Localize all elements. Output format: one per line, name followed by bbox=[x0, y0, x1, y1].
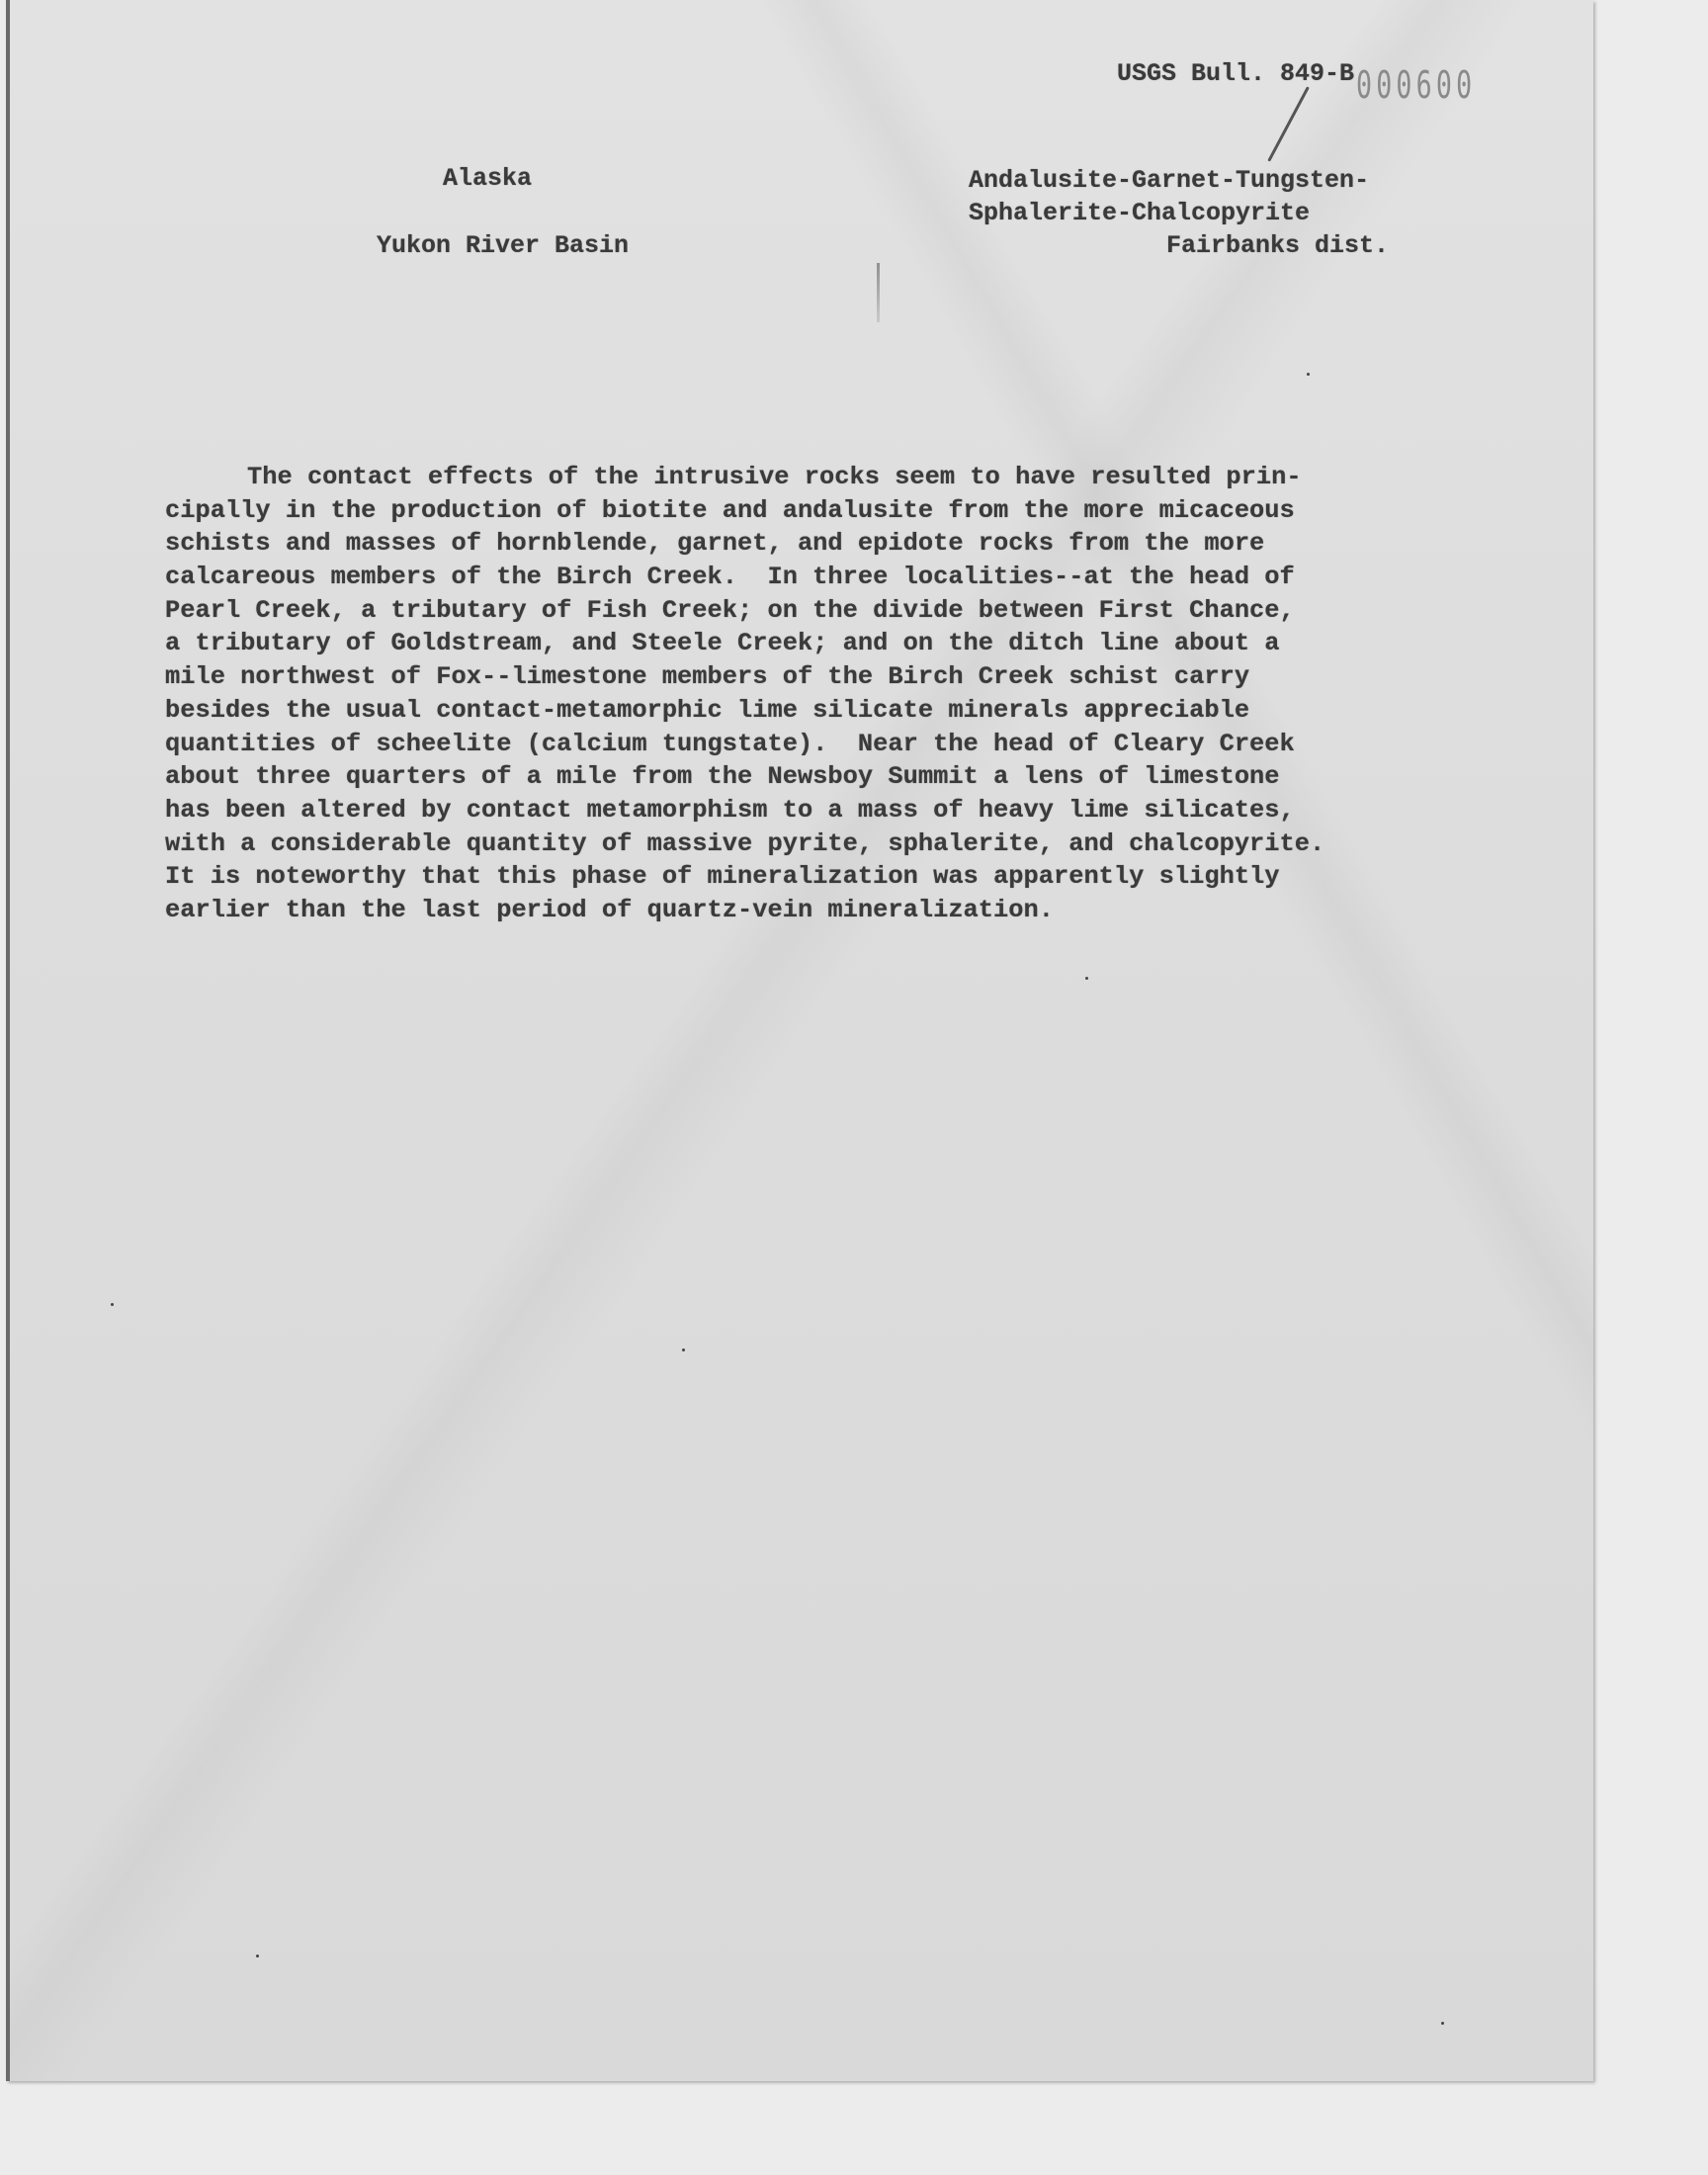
body-paragraph: The contact effects of the intrusive roc… bbox=[165, 461, 1450, 927]
mineral-line-2: Sphalerite-Chalcopyrite bbox=[969, 199, 1310, 227]
mineral-list: Andalusite-Garnet-Tungsten- Sphalerite-C… bbox=[969, 164, 1369, 229]
body-line: with a considerable quantity of massive … bbox=[165, 827, 1450, 861]
body-line: cipally in the production of biotite and… bbox=[165, 494, 1450, 528]
body-line: about three quarters of a mile from the … bbox=[165, 760, 1450, 794]
body-line: mile northwest of Fox--limestone members… bbox=[165, 660, 1450, 694]
body-line: quantities of scheelite (calcium tungsta… bbox=[165, 728, 1450, 761]
paper-speck bbox=[682, 1348, 685, 1351]
body-line: calcareous members of the Birch Creek. I… bbox=[165, 561, 1450, 594]
bulletin-reference: USGS Bull. 849-B bbox=[1117, 59, 1354, 88]
paper-speck bbox=[111, 1303, 114, 1306]
body-line: It is noteworthy that this phase of mine… bbox=[165, 860, 1450, 894]
body-line: The contact effects of the intrusive roc… bbox=[165, 461, 1450, 494]
body-line: has been altered by contact metamorphism… bbox=[165, 794, 1450, 827]
paper-speck bbox=[256, 1955, 259, 1957]
location-basin: Yukon River Basin bbox=[377, 231, 629, 260]
paper-speck bbox=[1307, 373, 1310, 376]
body-line: besides the usual contact-metamorphic li… bbox=[165, 694, 1450, 728]
district-label: Fairbanks dist. bbox=[1166, 231, 1389, 260]
body-line: earlier than the last period of quartz-v… bbox=[165, 894, 1450, 927]
location-state: Alaska bbox=[443, 164, 532, 193]
page-number-stamp: 000600 bbox=[1356, 63, 1476, 107]
pencil-mark bbox=[877, 263, 880, 322]
body-line: schists and masses of hornblende, garnet… bbox=[165, 527, 1450, 561]
paper-speck bbox=[1441, 2022, 1444, 2025]
body-line: Pearl Creek, a tributary of Fish Creek; … bbox=[165, 594, 1450, 628]
mineral-line-1: Andalusite-Garnet-Tungsten- bbox=[969, 166, 1369, 195]
document-page bbox=[6, 0, 1593, 2081]
paper-speck bbox=[1085, 977, 1088, 980]
body-line: a tributary of Goldstream, and Steele Cr… bbox=[165, 627, 1450, 660]
